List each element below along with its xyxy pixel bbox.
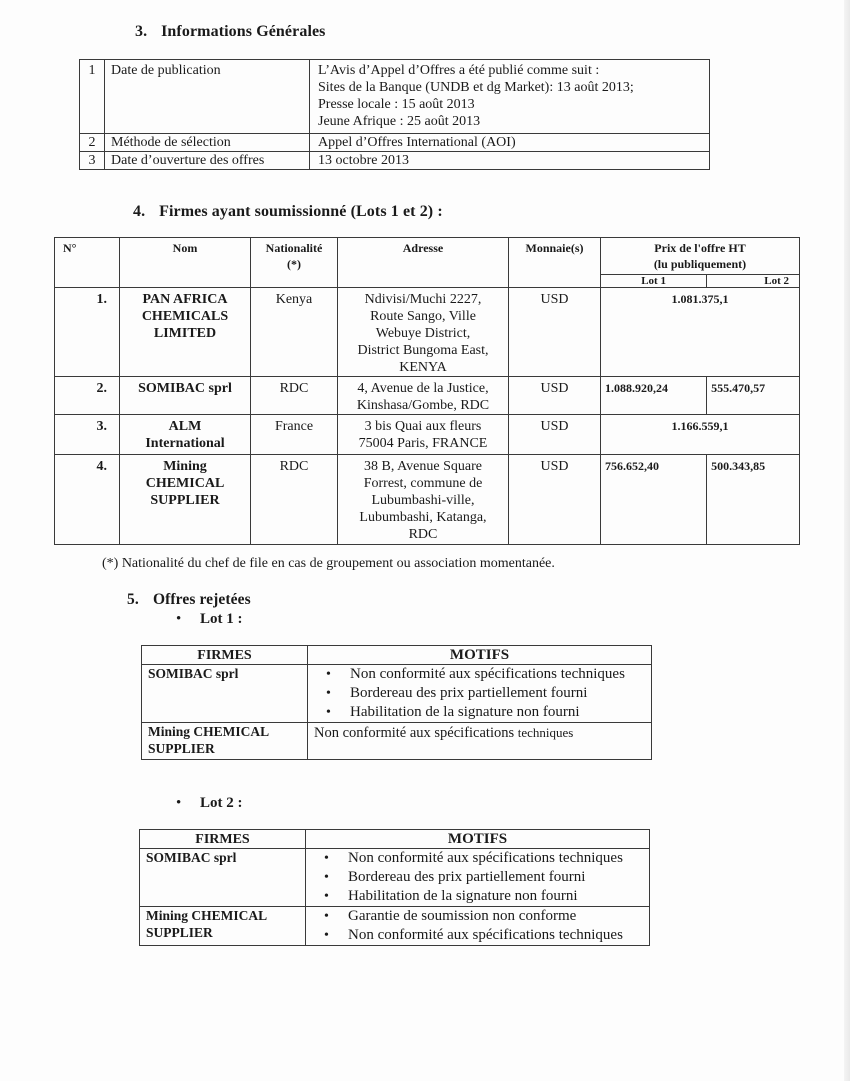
table-row: 2. SOMIBAC sprl RDC 4, Avenue de la Just… [55,377,800,415]
section-5-number: 5. [127,591,149,609]
firm-name-line: Mining CHEMICAL [146,907,301,924]
header-price: Prix de l'offre HT (lu publiquement) [601,238,800,275]
table-header-row: FIRMES MOTIFS [142,646,652,665]
scanned-document-page: 3. Informations Générales 1 Date de publ… [0,0,850,1081]
bidder-nationality: France [251,415,338,455]
reason-text: Non conformité aux spécifications [314,725,514,741]
lot-2-label: •Lot 2 : [176,795,243,812]
address-line: Kinshasa/Gombe, RDC [342,397,504,414]
section-4-number: 4. [133,203,155,221]
reason-item: Habilitation de la signature non fourni [348,887,643,906]
bidder-name-line: International [124,435,246,452]
lot-1-label-text: Lot 1 : [200,611,243,627]
row-number: 3 [80,152,105,170]
bidder-nationality: RDC [251,455,338,545]
table-row: SOMIBAC sprl Non conformité aux spécific… [140,849,650,907]
section-4-title: Firmes ayant soumissionné (Lots 1 et 2) … [159,203,443,220]
section-3-title: Informations Générales [161,23,325,40]
address-line: Lubumbashi-ville, [342,492,504,509]
firm-name-line: SUPPLIER [148,740,303,757]
publication-line: L’Avis d’Appel d’Offres a été publié com… [318,62,705,79]
bidder-name-line: ALM [124,418,246,435]
table-row: 2 Méthode de sélection Appel d’Offres In… [80,134,710,152]
address-line: Webuye District, [342,325,504,342]
publication-line: Presse locale : 15 août 2013 [318,96,705,113]
firm-name-line: SOMIBAC sprl [148,665,303,682]
firm-name-line: SOMIBAC sprl [146,849,301,866]
bid-price-lot-1: 756.652,40 [601,455,707,545]
row-label: Date de publication [105,60,310,134]
bidders-table: N° Nom Nationalité (*) Adresse Monnaie(s… [54,237,800,545]
rejection-reasons: Non conformité aux spécifications techni… [308,665,652,723]
address-line: 75004 Paris, FRANCE [342,435,504,452]
section-5-title: Offres rejetées [153,591,251,608]
address-line: Route Sango, Ville [342,308,504,325]
table-row: Mining CHEMICAL SUPPLIER Non conformité … [142,723,652,760]
section-5-heading: 5. Offres rejetées [127,591,251,609]
rejection-reasons: Garantie de soumission non conforme Non … [306,907,650,946]
row-label: Date d’ouverture des offres [105,152,310,170]
section-3-number: 3. [135,23,157,41]
reason-item: Habilitation de la signature non fourni [350,703,645,722]
address-line: KENYA [342,359,504,376]
header-lot-2: Lot 2 [707,275,800,288]
address-line: RDC [342,526,504,543]
address-line: Lubumbashi, Katanga, [342,509,504,526]
bidder-currency: USD [509,288,601,377]
table-row: 3 Date d’ouverture des offres 13 octobre… [80,152,710,170]
bidder-name-line: LIMITED [124,325,246,342]
bidder-name-line: Mining [124,458,246,475]
reason-item: Non conformité aux spécifications techni… [350,665,645,684]
rejected-firm: Mining CHEMICAL SUPPLIER [142,723,308,760]
bidder-name-line: CHEMICAL [124,475,246,492]
bidder-number: 3. [55,415,120,455]
table-header-row: FIRMES MOTIFS [140,830,650,849]
bidder-number: 1. [55,288,120,377]
table-row: Mining CHEMICAL SUPPLIER Garantie de sou… [140,907,650,946]
lot-2-rejections-table: FIRMES MOTIFS SOMIBAC sprl Non conformit… [139,829,650,946]
address-line: Forrest, commune de [342,475,504,492]
header-nationality-line: Nationalité [255,240,333,256]
header-firms: FIRMES [142,646,308,665]
table-row: 4. Mining CHEMICAL SUPPLIER RDC 38 B, Av… [55,455,800,545]
rejected-firm: SOMIBAC sprl [142,665,308,723]
publication-line: Sites de la Banque (UNDB et dg Market): … [318,79,705,96]
bidder-name-line: PAN AFRICA [124,291,246,308]
header-firms: FIRMES [140,830,306,849]
reasons-list: Garantie de soumission non conforme Non … [312,907,643,945]
firm-name-line: SUPPLIER [146,924,301,941]
header-number: N° [55,238,120,288]
firm-name-line: Mining CHEMICAL [148,723,303,740]
bidder-name: SOMIBAC sprl [120,377,251,415]
scan-edge-shadow [844,0,850,1081]
bid-price-lot-2: 500.343,85 [707,455,800,545]
publication-details: L’Avis d’Appel d’Offres a été publié com… [310,60,710,134]
header-price-line: Prix de l'offre HT [605,240,795,256]
reason-item: Bordereau des prix partiellement fourni [348,868,643,887]
row-number: 2 [80,134,105,152]
publication-line: Jeune Afrique : 25 août 2013 [318,113,705,130]
header-lot-1: Lot 1 [601,275,707,288]
bid-price-combined: 1.166.559,1 [601,415,800,455]
bid-price-lot-2: 555.470,57 [707,377,800,415]
bidder-name-line: SOMIBAC sprl [124,380,246,397]
bidder-name: PAN AFRICA CHEMICALS LIMITED [120,288,251,377]
bidder-currency: USD [509,377,601,415]
rejection-reasons: Non conformité aux spécifications techni… [306,849,650,907]
section-4-heading: 4. Firmes ayant soumissionné (Lots 1 et … [133,203,443,221]
reason-item: Non conformité aux spécifications techni… [348,849,643,868]
header-reasons: MOTIFS [308,646,652,665]
bid-price-combined: 1.081.375,1 [601,288,800,377]
bid-price-lot-1: 1.088.920,24 [601,377,707,415]
bidder-address: 4, Avenue de la Justice, Kinshasa/Gombe,… [338,377,509,415]
reason-item: Bordereau des prix partiellement fourni [350,684,645,703]
reason-item: Non conformité aux spécifications techni… [348,926,643,945]
reason-item: Garantie de soumission non conforme [348,907,643,926]
header-address: Adresse [338,238,509,288]
bidder-address: 38 B, Avenue Square Forrest, commune de … [338,455,509,545]
header-name: Nom [120,238,251,288]
lot-1-label: •Lot 1 : [176,611,243,628]
bidder-number: 2. [55,377,120,415]
address-line: Ndivisi/Muchi 2227, [342,291,504,308]
header-price-subline: (lu publiquement) [605,256,795,272]
bidder-currency: USD [509,415,601,455]
bullet-icon: • [176,795,200,812]
bidder-name-line: CHEMICALS [124,308,246,325]
header-nationality: Nationalité (*) [251,238,338,288]
rejected-firm: Mining CHEMICAL SUPPLIER [140,907,306,946]
row-number: 1 [80,60,105,134]
header-reasons: MOTIFS [306,830,650,849]
bidder-name: Mining CHEMICAL SUPPLIER [120,455,251,545]
header-currency: Monnaie(s) [509,238,601,288]
reason-text-tail: techniques [518,725,574,740]
lot-1-rejections-table: FIRMES MOTIFS SOMIBAC sprl Non conformit… [141,645,652,760]
bidder-currency: USD [509,455,601,545]
table-header-row: N° Nom Nationalité (*) Adresse Monnaie(s… [55,238,800,275]
table-row: SOMIBAC sprl Non conformité aux spécific… [142,665,652,723]
bidder-nationality: Kenya [251,288,338,377]
rejected-firm: SOMIBAC sprl [140,849,306,907]
bidder-address: 3 bis Quai aux fleurs 75004 Paris, FRANC… [338,415,509,455]
row-label: Méthode de sélection [105,134,310,152]
rejection-reason: Non conformité aux spécifications techni… [308,723,652,760]
general-info-table: 1 Date de publication L’Avis d’Appel d’O… [79,59,710,170]
row-value: 13 octobre 2013 [310,152,710,170]
reasons-list: Non conformité aux spécifications techni… [314,665,645,722]
bidder-number: 4. [55,455,120,545]
address-line: 3 bis Quai aux fleurs [342,418,504,435]
section-3-heading: 3. Informations Générales [135,23,326,41]
nationality-footnote: (*) Nationalité du chef de file en cas d… [102,556,555,572]
bidder-address: Ndivisi/Muchi 2227, Route Sango, Ville W… [338,288,509,377]
table-row: 1. PAN AFRICA CHEMICALS LIMITED Kenya Nd… [55,288,800,377]
table-row: 3. ALM International France 3 bis Quai a… [55,415,800,455]
address-line: District Bungoma East, [342,342,504,359]
reasons-list: Non conformité aux spécifications techni… [312,849,643,906]
address-line: 4, Avenue de la Justice, [342,380,504,397]
bullet-icon: • [176,611,200,628]
address-line: 38 B, Avenue Square [342,458,504,475]
bidder-name-line: SUPPLIER [124,492,246,509]
table-row: 1 Date de publication L’Avis d’Appel d’O… [80,60,710,134]
header-nationality-note: (*) [255,256,333,272]
bidder-name: ALM International [120,415,251,455]
bidder-nationality: RDC [251,377,338,415]
row-value: Appel d’Offres International (AOI) [310,134,710,152]
lot-2-label-text: Lot 2 : [200,795,243,811]
